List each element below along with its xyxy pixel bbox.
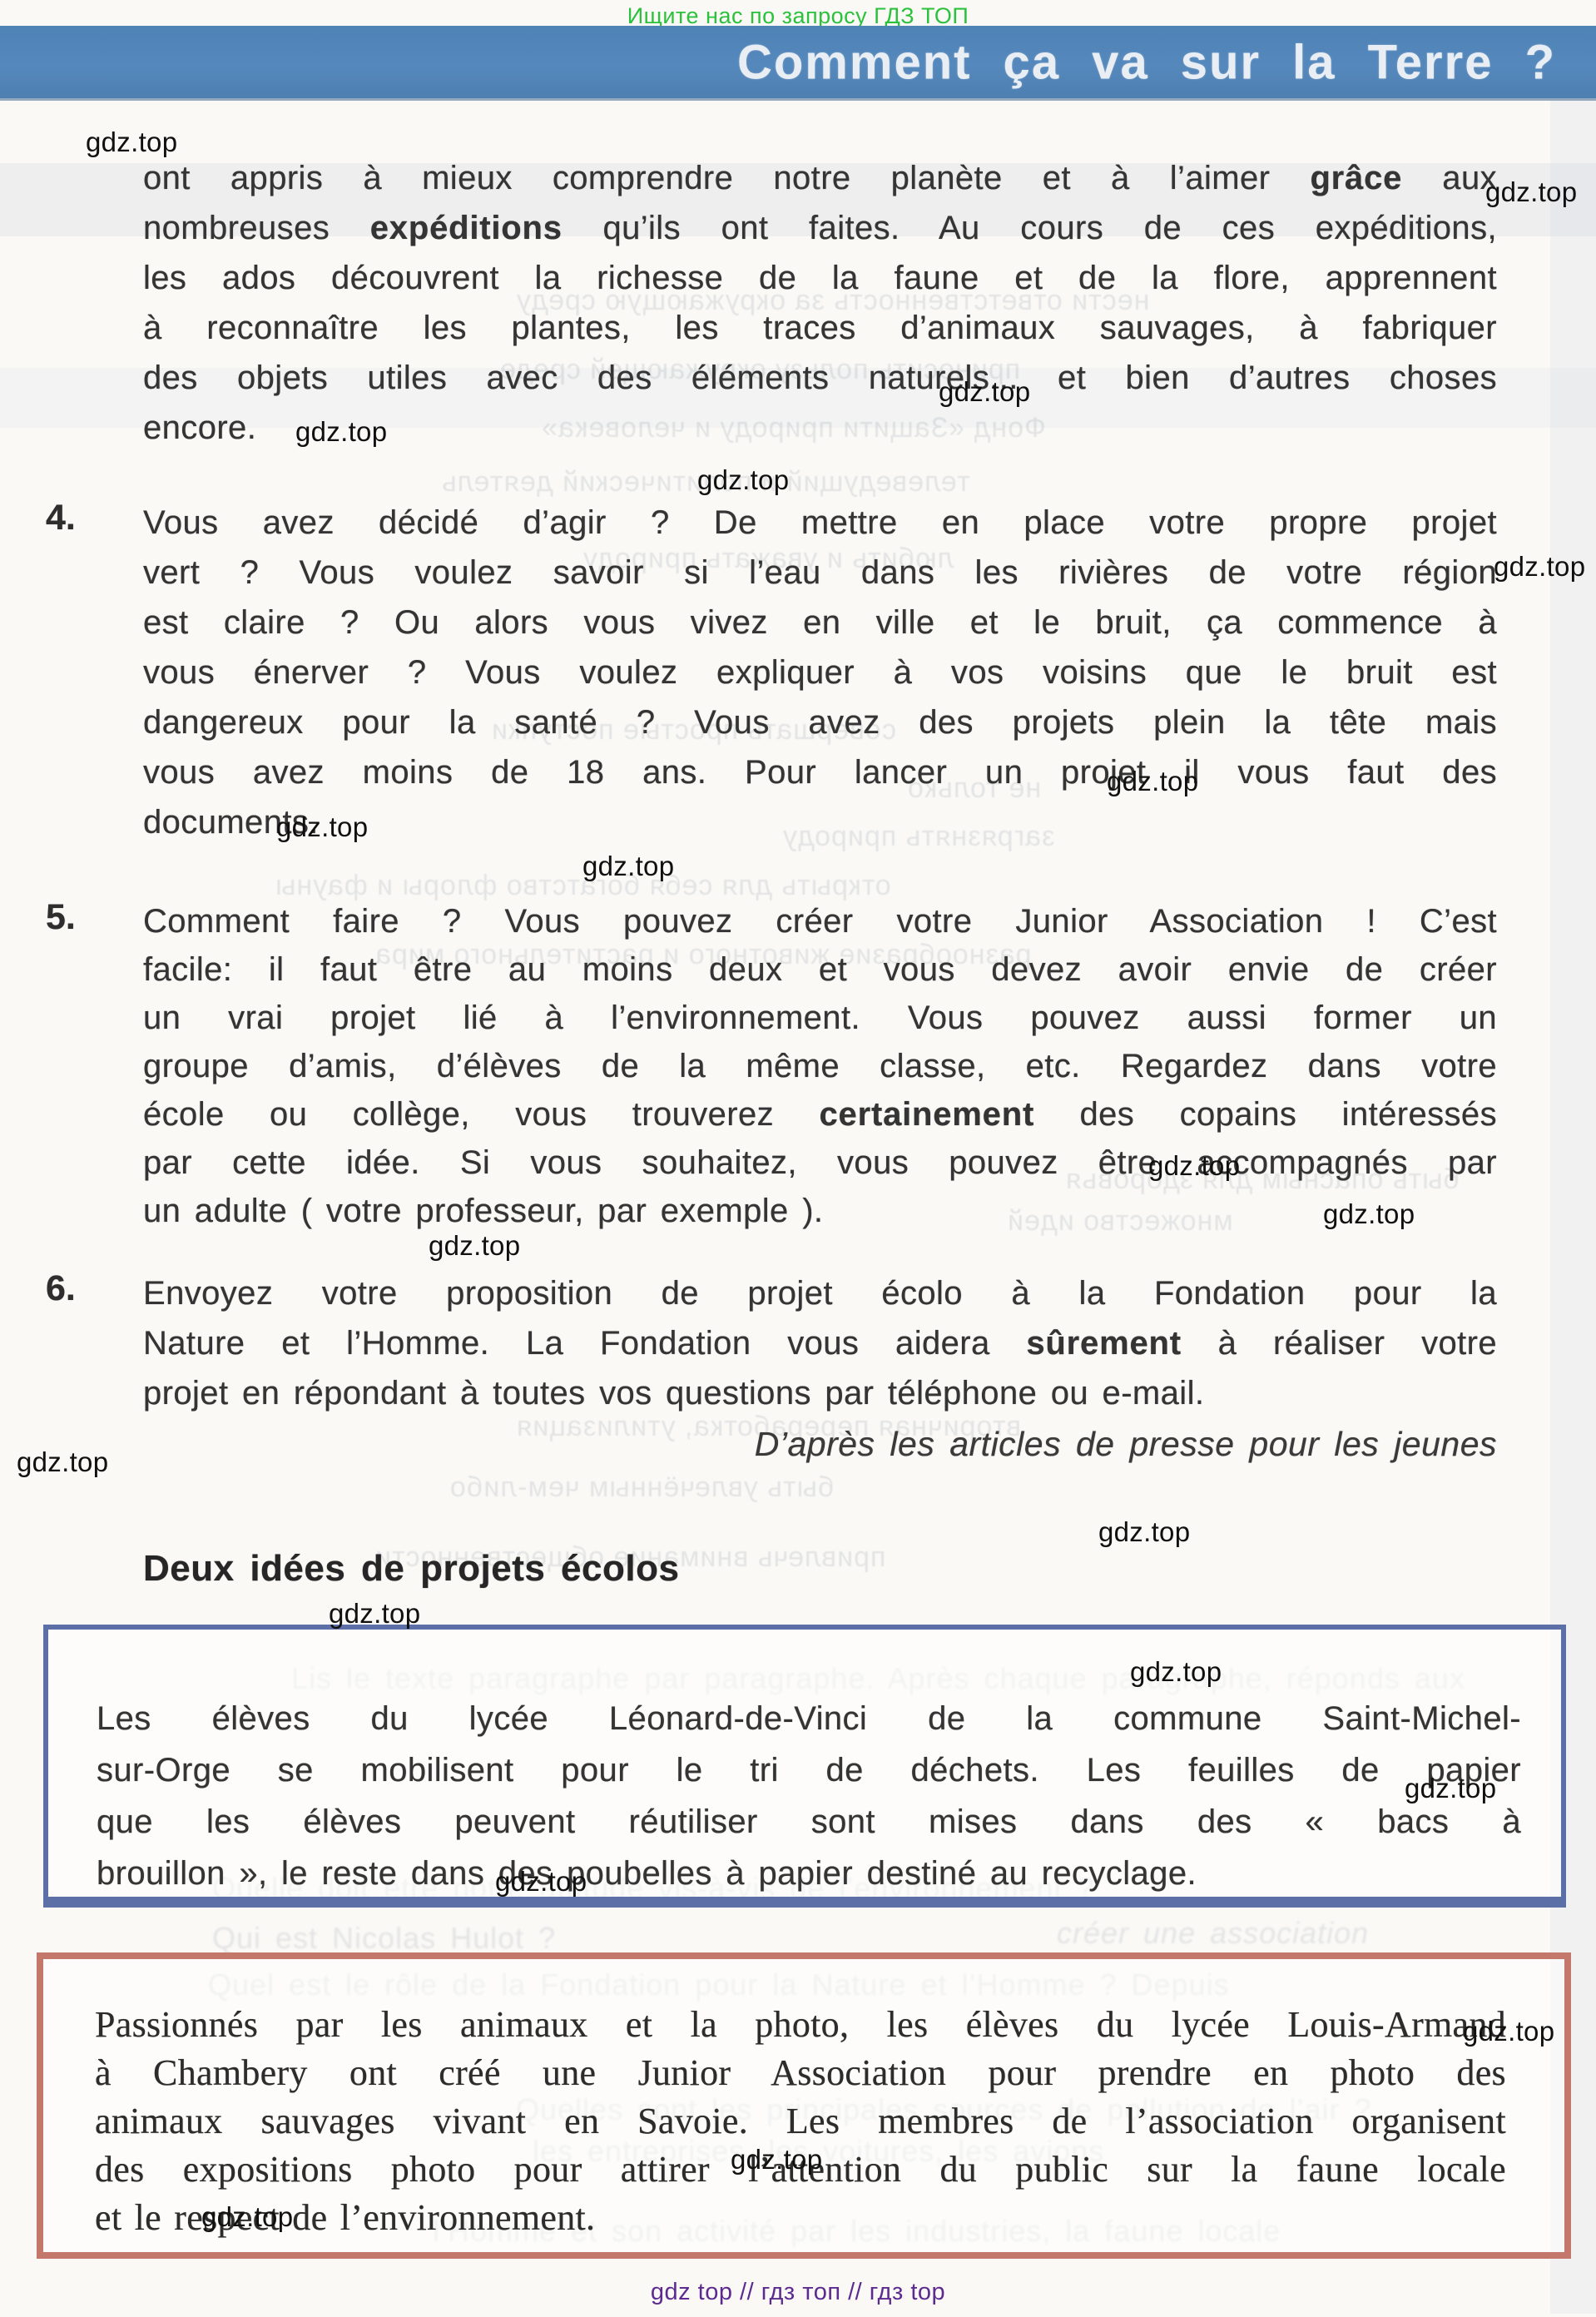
exercise-4-number: 4.	[46, 498, 76, 538]
blue-info-box: Les élèves du lycée Léonard-de-Vinci de …	[43, 1625, 1566, 1908]
text-line: des objets utiles avec des éléments natu…	[143, 353, 1497, 403]
exercise-6-text: Envoyez votre proposition de projet écol…	[143, 1268, 1497, 1418]
text-line: brouillon », le reste dans des poubelles…	[97, 1848, 1521, 1899]
text-line: sur-Orge se mobilisent pour le tri de dé…	[97, 1744, 1521, 1796]
watermark: gdz.top	[276, 811, 368, 843]
text-line: nombreuses expéditions qu’ils ont faites…	[143, 203, 1497, 253]
watermark: gdz.top	[295, 416, 387, 448]
exercise-6-number: 6.	[46, 1268, 76, 1309]
attribution-line: D’après les articles de presse pour les …	[143, 1425, 1497, 1464]
text-line: Nature et l’Homme. La Fondation vous aid…	[143, 1318, 1497, 1368]
watermark: gdz.top	[1405, 1773, 1496, 1804]
chapter-banner: Comment ça va sur la Terre ?	[0, 26, 1596, 98]
text-line: dangereux pour la santé ? Vous avez des …	[143, 697, 1497, 747]
text-line: les ados découvrent la richesse de la fa…	[143, 253, 1497, 303]
watermark: gdz.top	[1463, 2016, 1554, 2047]
text-line: et le respect de l’environnement.	[95, 2194, 1506, 2242]
text-line: Passionnés par les animaux et la photo, …	[95, 2001, 1506, 2049]
red-box-text: Passionnés par les animaux et la photo, …	[95, 2001, 1506, 2242]
text-line: par cette idée. Si vous souhaitez, vous …	[143, 1139, 1497, 1187]
intro-paragraph: ont appris à mieux comprendre notre plan…	[143, 153, 1497, 453]
exercise-5-number: 5.	[46, 897, 76, 938]
chapter-title: Comment ça va sur la Terre ?	[737, 34, 1556, 90]
scanned-textbook-page: { "header": { "promo": "Ищите нас по зап…	[0, 0, 1596, 2317]
watermark: gdz.top	[86, 127, 177, 158]
watermark: gdz.top	[697, 464, 789, 496]
watermark: gdz.top	[1107, 766, 1198, 797]
text-line: facile: il faut être au moins deux et vo…	[143, 945, 1497, 994]
blue-box-text: Les élèves du lycée Léonard-de-Vinci de …	[97, 1693, 1521, 1899]
watermark: gdz.top	[17, 1446, 108, 1478]
text-line: un adulte ( votre professeur, par exempl…	[143, 1187, 1497, 1235]
watermark: gdz.top	[1098, 1516, 1190, 1548]
text-line: Envoyez votre proposition de projet écol…	[143, 1268, 1497, 1318]
text-line: vous énerver ? Vous voulez expliquer à v…	[143, 647, 1497, 697]
watermark: gdz.top	[1323, 1198, 1415, 1230]
text-line: école ou collège, vous trouverez certain…	[143, 1090, 1497, 1139]
text-line: vert ? Vous voulez savoir si l’eau dans …	[143, 548, 1497, 598]
watermark: gdz.top	[1485, 176, 1577, 208]
text-line: projet en répondant à toutes vos questio…	[143, 1368, 1497, 1418]
text-line: Les élèves du lycée Léonard-de-Vinci de …	[97, 1693, 1521, 1744]
exercise-5-text: Comment faire ? Vous pouvez créer votre …	[143, 897, 1497, 1235]
watermark: gdz.top	[429, 1230, 520, 1262]
text-line: que les élèves peuvent réutiliser sont m…	[97, 1796, 1521, 1848]
watermark: gdz.top	[1148, 1150, 1240, 1182]
watermark: gdz.top	[1130, 1656, 1222, 1688]
watermark: gdz.top	[731, 2144, 822, 2176]
watermark: gdz.top	[1494, 551, 1585, 583]
watermark: gdz.top	[329, 1598, 420, 1630]
text-line: Vous avez décidé d’agir ? De mettre en p…	[143, 498, 1497, 548]
text-line: animaux sauvages vivant en Savoie. Les m…	[95, 2097, 1506, 2146]
footer-note: gdz top // гдз топ // гдз top	[0, 2279, 1596, 2306]
text-line: à reconnaître les plantes, les traces d’…	[143, 303, 1497, 353]
watermark: gdz.top	[495, 1866, 587, 1898]
ghost-text: créer une association	[1057, 1916, 1369, 1951]
section-heading: Deux idées de projets écolos	[143, 1548, 679, 1590]
text-line: à Chambery ont créé une Junior Associati…	[95, 2049, 1506, 2097]
text-line: un vrai projet lié à l’environnement. Vo…	[143, 994, 1497, 1042]
text-line: vous avez moins de 18 ans. Pour lancer u…	[143, 747, 1497, 797]
watermark: gdz.top	[582, 851, 674, 882]
watermark: gdz.top	[939, 376, 1030, 408]
exercise-4-text: Vous avez décidé d’agir ? De mettre en p…	[143, 498, 1497, 847]
text-line: Comment faire ? Vous pouvez créer votre …	[143, 897, 1497, 945]
watermark: gdz.top	[201, 2201, 293, 2233]
ghost-text: Qui est Nicolas Hulot ?	[212, 1921, 556, 1956]
text-line: ont appris à mieux comprendre notre plan…	[143, 153, 1497, 203]
text-line: est claire ? Ou alors vous vivez en vill…	[143, 598, 1497, 647]
text-line: groupe d’amis, d’élèves de la même class…	[143, 1042, 1497, 1090]
bleed-text: быть увлечённым чем-либо	[449, 1471, 835, 1504]
